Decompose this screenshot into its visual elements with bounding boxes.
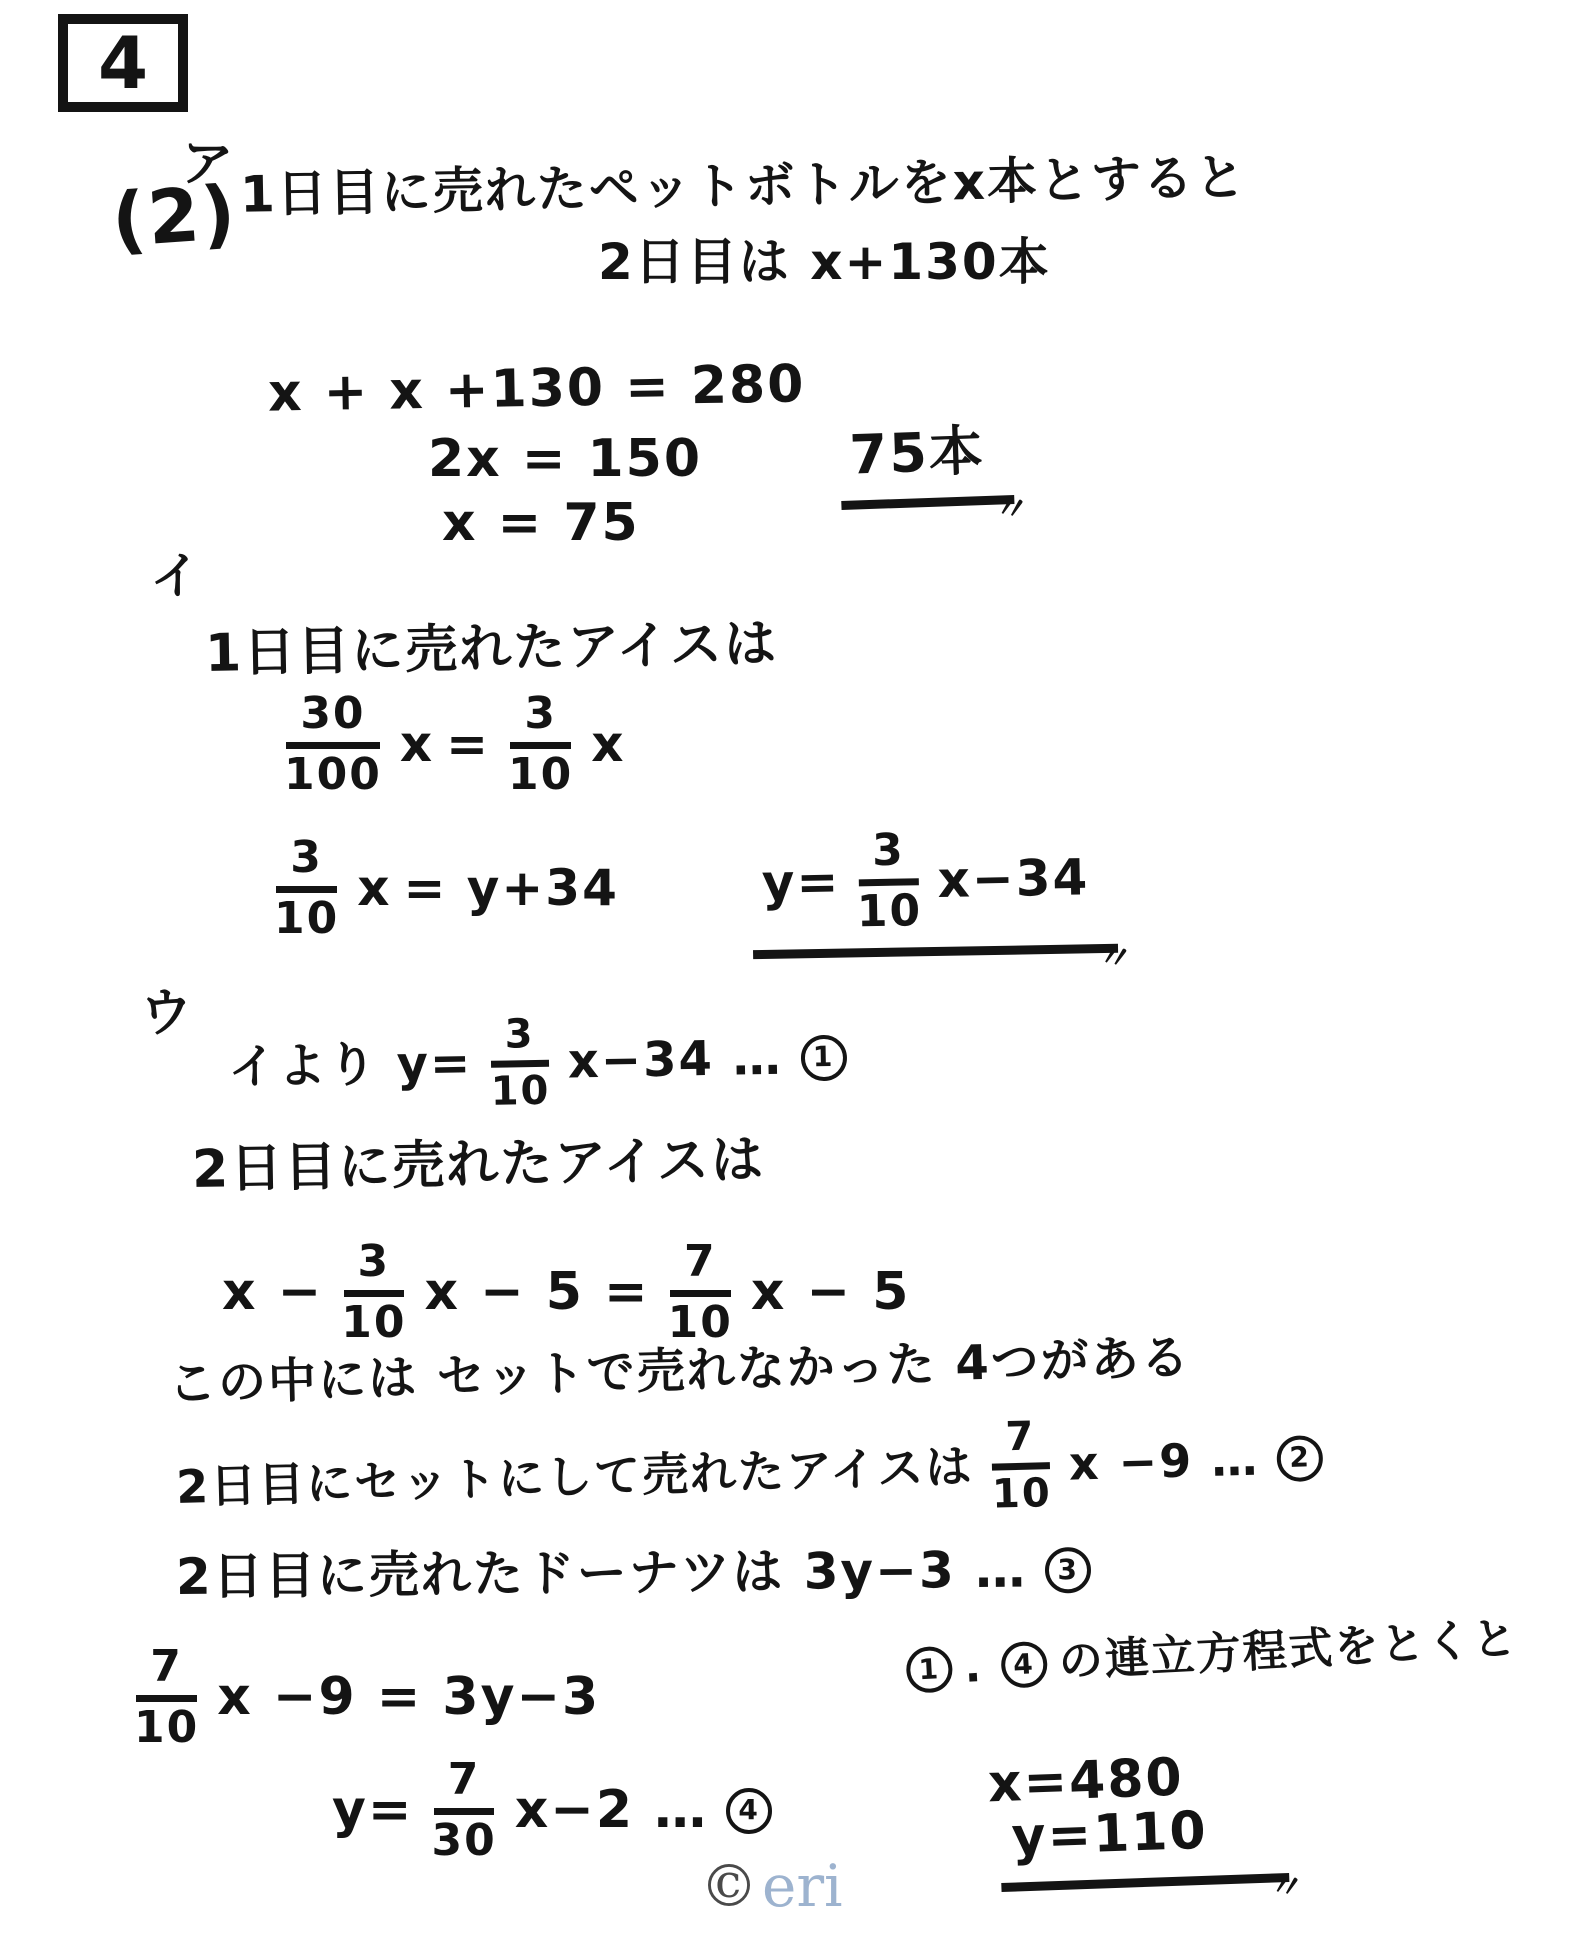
circled-ref-3: 3 (1045, 1547, 1091, 1593)
section-i-marker: イ (150, 548, 202, 606)
equation-lead: x − (222, 1263, 323, 1323)
answer-tail: x−34 (937, 849, 1090, 909)
solve-note: 1 . 4 の連立方程式をとくと (899, 1614, 1520, 1697)
equation-2x: 2x = 150 (428, 430, 702, 490)
ditto-mark: 〃 (1266, 1864, 1309, 1910)
fraction-numerator: 7 (670, 1240, 731, 1297)
equation-tail: x−2 … (515, 1781, 708, 1841)
section-a-marker: ア (177, 133, 237, 198)
fraction-3-10: 3 10 (855, 828, 922, 934)
section-u-line2: 2日目に売れたアイスは (192, 1131, 766, 1201)
circled-ref-1: 1 (905, 1646, 953, 1694)
fraction-denominator: 100 (284, 749, 382, 797)
equation-x-75: x = 75 (442, 494, 640, 554)
note-text: の連立方程式をとくと (1058, 1614, 1520, 1689)
fraction-3-10: 3 10 (508, 692, 573, 797)
section-u-line1: イより y= 3 10 x−34 … 1 (227, 1009, 847, 1117)
fraction-30-100: 30 100 (284, 692, 382, 797)
section-a-setup-line: 1日目に売れたペットボトルをx本とすると (240, 149, 1248, 224)
section-a-answer: 75本 〃 (839, 417, 1015, 510)
watermark-name: eri (762, 1852, 843, 1920)
section-i-eq2: 3 10 x = y+34 (268, 836, 619, 941)
section-i-intro-line: 1日目に売れたアイスは (205, 615, 779, 685)
section-a-day2-line: 2日目は x+130本 (598, 234, 1051, 292)
section-u-eq3: y= 7 30 x−2 … 4 (332, 1758, 772, 1863)
equation-sum: x + x +130 = 280 (268, 355, 806, 424)
fraction-7-10: 7 10 (134, 1645, 199, 1750)
equation-tail: x −9 = 3y−3 (217, 1668, 600, 1728)
circled-ref-4: 4 (1000, 1641, 1048, 1689)
fraction-numerator: 7 (991, 1416, 1050, 1470)
fraction-numerator: 7 (136, 1645, 197, 1702)
line-lead: 2日目に売れたドーナツは 3y−3 … (176, 1542, 1028, 1607)
answer-underline: y= 3 10 x−34 〃 (751, 823, 1119, 959)
variable-x: x (400, 716, 434, 774)
fraction-denominator: 10 (991, 1469, 1052, 1515)
equation-rhs: = y+34 (404, 860, 619, 918)
fraction-numerator: 3 (490, 1014, 549, 1068)
fraction-numerator: 7 (434, 1758, 495, 1815)
line-lead: イより y= (228, 1036, 473, 1095)
ditto-mark: 〃 (1095, 935, 1139, 981)
fraction-7-30: 7 30 (431, 1758, 496, 1863)
line-lead: 2日目にセットにして売れたアイスは (176, 1440, 975, 1514)
equation-tail: x − 5 (751, 1263, 911, 1323)
problem-number-box: 4 (58, 14, 188, 112)
answer-lead: y= (761, 853, 840, 912)
fraction-3-10: 3 10 (341, 1240, 406, 1345)
equation-mid: x − 5 = (424, 1263, 649, 1323)
fraction-denominator: 10 (490, 1067, 550, 1112)
ditto-mark: 〃 (991, 487, 1034, 533)
fraction-numerator: 3 (276, 836, 337, 893)
answer-y: y=110 (1011, 1802, 1209, 1869)
section-u-line5: 2日目に売れたドーナツは 3y−3 … 3 (176, 1541, 1092, 1606)
answer-y-wrap: y=110 〃 (999, 1797, 1290, 1892)
fraction-3-10: 3 10 (489, 1014, 550, 1112)
watermark: © eri (700, 1852, 843, 1920)
fraction-numerator: 3 (510, 692, 571, 749)
note-separator: . (963, 1642, 984, 1694)
fraction-denominator: 10 (134, 1702, 199, 1750)
circled-ref-4: 4 (726, 1788, 772, 1834)
fraction-denominator: 30 (431, 1815, 496, 1863)
fraction-numerator: 3 (344, 1240, 405, 1297)
fraction-denominator: 10 (668, 1297, 733, 1345)
section-i-eq1: 30 100 x = 3 10 x (278, 692, 626, 797)
fraction-denominator: 10 (856, 885, 922, 934)
section-u-line4: 2日目にセットにして売れたアイスは 7 10 x −9 … 2 (175, 1409, 1324, 1536)
line-tail: x −9 … (1068, 1433, 1260, 1491)
copyright-icon: © (700, 1852, 758, 1920)
variable-x: x (357, 860, 391, 918)
answer-underline: 75本 〃 (839, 417, 1015, 510)
answer-underline: y=110 〃 (999, 1797, 1290, 1892)
section-u-marker: ウ (140, 985, 194, 1045)
fraction-7-10: 7 10 (668, 1240, 733, 1345)
fraction-denominator: 10 (341, 1297, 406, 1345)
line-tail: x−34 … (567, 1031, 783, 1090)
fraction-numerator: 30 (286, 692, 379, 749)
circled-ref-2: 2 (1277, 1434, 1324, 1481)
section-u-eq1: x − 3 10 x − 5 = 7 10 x − 5 (222, 1240, 910, 1345)
section-u-eq2: 7 10 x −9 = 3y−3 (128, 1645, 600, 1750)
handwritten-worksheet: 4 (2) ア 1日目に売れたペットボトルをx本とすると 2日目は x+130本… (0, 0, 1574, 1936)
answer-75-bottles: 75本 (849, 420, 986, 487)
fraction-denominator: 10 (274, 893, 339, 941)
problem-number: 4 (98, 21, 148, 105)
equation-lead: y= (332, 1781, 413, 1841)
fraction-7-10: 7 10 (990, 1416, 1052, 1515)
fraction-denominator: 10 (508, 749, 573, 797)
variable-x: x (591, 716, 625, 774)
fraction-3-10: 3 10 (274, 836, 339, 941)
fraction-numerator: 3 (858, 828, 920, 886)
equals-sign: = (446, 716, 490, 774)
section-i-answer: y= 3 10 x−34 〃 (751, 823, 1119, 959)
circled-ref-1: 1 (800, 1034, 847, 1081)
